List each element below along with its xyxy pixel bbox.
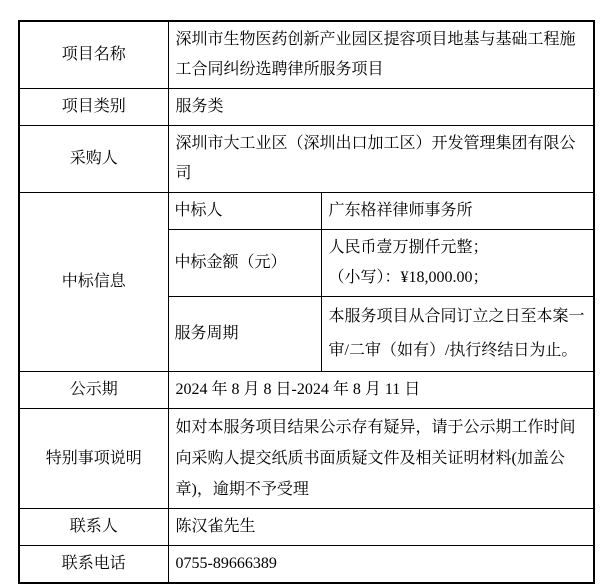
service-period-label: 服务周期 — [168, 297, 321, 372]
award-amount-words: 人民币壹万捌仟元整； — [329, 233, 587, 263]
table-row: 项目名称 深圳市生物医药创新产业园区提容项目地基与基础工程施工合同纠纷选聘律所服… — [19, 21, 594, 89]
award-announcement-table: 项目名称 深圳市生物医药创新产业园区提容项目地基与基础工程施工合同纠纷选聘律所服… — [18, 20, 595, 530]
purchaser-value: 深圳市大工业区（深圳出口加工区）开发管理集团有限公司 — [168, 126, 594, 193]
project-category-value: 服务类 — [168, 89, 594, 126]
table-row: 采购人 深圳市大工业区（深圳出口加工区）开发管理集团有限公司 — [19, 126, 594, 193]
award-amount-label: 中标金额（元） — [168, 230, 321, 297]
contact-person-value: 陈汉雀先生 — [168, 509, 594, 531]
winner-value: 广东格祥律师事务所 — [321, 193, 594, 230]
project-category-label: 项目类别 — [19, 89, 168, 126]
winner-label: 中标人 — [168, 193, 321, 230]
project-name-value: 深圳市生物医药创新产业园区提容项目地基与基础工程施工合同纠纷选聘律所服务项目 — [168, 21, 594, 89]
award-info-label: 中标信息 — [19, 193, 168, 372]
table-row: 联系人 陈汉雀先生 — [19, 509, 594, 531]
project-name-label: 项目名称 — [19, 21, 168, 89]
publicity-period-value: 2024 年 8 月 8 日-2024 年 8 月 11 日 — [168, 372, 594, 409]
purchaser-label: 采购人 — [19, 126, 168, 193]
contact-person-label: 联系人 — [19, 509, 168, 531]
table-row: 公示期 2024 年 8 月 8 日-2024 年 8 月 11 日 — [19, 372, 594, 409]
special-notes-value: 如对本服务项目结果公示存有疑异，请于公示期工作时间向采购人提交纸质书面质疑文件及… — [168, 409, 594, 509]
table-row: 中标信息 中标人 广东格祥律师事务所 — [19, 193, 594, 230]
publicity-period-label: 公示期 — [19, 372, 168, 409]
service-period-value: 本服务项目从合同订立之日至本案一审/二审（如有）/执行终结日为止。 — [321, 297, 594, 372]
award-amount-value: 人民币壹万捌仟元整； （小写）：¥18,000.00； — [321, 230, 594, 297]
award-amount-figures: （小写）：¥18,000.00； — [329, 263, 587, 293]
special-notes-label: 特别事项说明 — [19, 409, 168, 509]
table-row: 项目类别 服务类 — [19, 89, 594, 126]
announcement-document: 项目名称 深圳市生物医药创新产业园区提容项目地基与基础工程施工合同纠纷选聘律所服… — [18, 20, 595, 530]
table-row: 特别事项说明 如对本服务项目结果公示存有疑异，请于公示期工作时间向采购人提交纸质… — [19, 409, 594, 509]
